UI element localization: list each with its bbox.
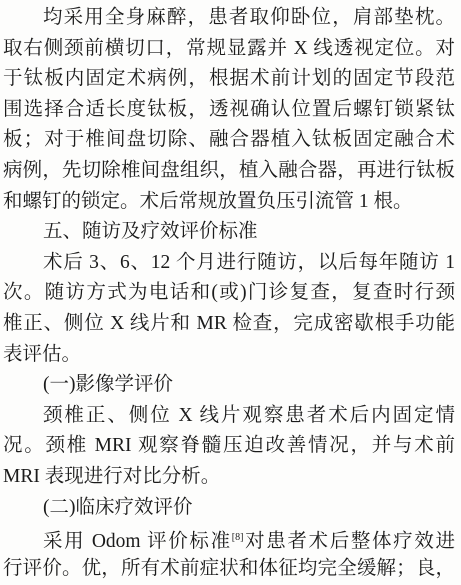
paragraph-line: 和螺钉的锁定。术后常规放置负压引流管 1 根。 (3, 187, 455, 218)
subsection-heading-imaging-evaluation: (一)影像学评价 (3, 370, 455, 401)
paragraph-line: 表评估。 (3, 340, 455, 371)
paragraph-line: 次。随访方式为电话和(或)门诊复查，复查时行颈 (3, 278, 455, 309)
citation-post-text: 对患者术后整体疗效进 (243, 531, 455, 552)
paragraph-line: 取右侧颈前横切口，常规显露并 X 线透视定位。对 (3, 34, 455, 65)
scanned-paper-page: { "document": { "kind": "scanned journal… (0, 0, 461, 585)
paragraph-line: 颈椎正、侧位 X 线片观察患者术后内固定情 (3, 401, 455, 432)
paragraph-line: 围选择合适长度钛板，透视确认位置后螺钉锁紧钛 (3, 95, 455, 126)
paragraph-line: MRI 表现进行对比分析。 (3, 462, 455, 493)
paragraph-line: 板；对于椎间盘切除、融合器植入钛板固定融合术 (3, 125, 455, 156)
paragraph-line: 行评价。优，所有术前症状和体征均完全缓解；良， (3, 554, 455, 585)
paragraph-line: 椎正、侧位 X 线片和 MR 检查，完成密歇根手功能简 (3, 309, 455, 340)
section-heading-followup-criteria: 五、随访及疗效评价标准 (3, 217, 455, 248)
paragraph-line: 术后 3、6、12 个月进行随访，以后每年随访 1 (3, 248, 455, 279)
paragraph-line: 均采用全身麻醉，患者取仰卧位，肩部垫枕。 (3, 3, 455, 34)
paragraph-line: 病例，先切除椎间盘组织，植入融合器，再进行钛板 (3, 156, 455, 187)
paragraph-line-with-citation: 采用 Odom 评价标准[8]对患者术后整体疗效进 (3, 523, 455, 554)
citation-superscript: [8] (232, 532, 244, 543)
citation-pre-text: 采用 Odom 评价标准 (43, 531, 232, 552)
article-text-column: 均采用全身麻醉，患者取仰卧位，肩部垫枕。 取右侧颈前横切口，常规显露并 X 线透… (0, 0, 461, 585)
paragraph-line: 况。颈椎 MRI 观察脊髓压迫改善情况，并与术前 (3, 431, 455, 462)
paragraph-line: 于钛板内固定术病例，根据术前计划的固定节段范 (3, 64, 455, 95)
subsection-heading-clinical-evaluation: (二)临床疗效评价 (3, 493, 455, 524)
